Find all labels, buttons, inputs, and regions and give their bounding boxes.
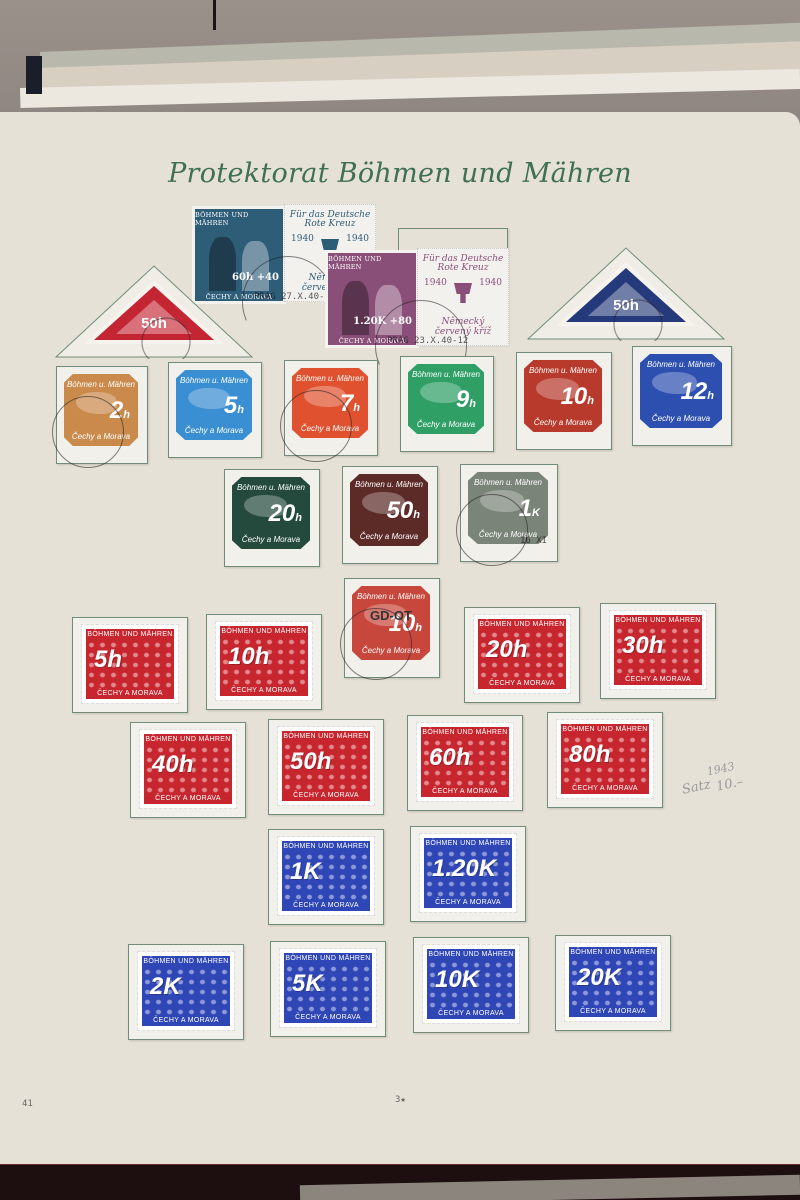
stamp-footer: Čechy a Morava xyxy=(362,646,420,655)
stamp-footer: Čechy a Morava xyxy=(534,418,592,427)
stamp-value: 1K xyxy=(290,860,321,884)
stamp-value: 40h xyxy=(152,753,193,777)
newspaper-stamp: Böhmen u. Mähren2hČechy a Morava xyxy=(64,374,138,446)
album-spine xyxy=(26,56,42,94)
stamp-footer: Čechy a Morava xyxy=(417,420,475,429)
stamp-value: 5h xyxy=(94,648,122,672)
stamp-footer: ČECHY A MORAVA xyxy=(86,688,174,699)
stamp-header: BÖHMEN UND MÄHREN xyxy=(195,209,283,227)
stamp-value: 10K xyxy=(435,968,479,992)
stamp-header: BÖHMEN UND MÄHREN xyxy=(142,956,230,967)
stamp-header: BÖHMEN UND MÄHREN xyxy=(220,626,308,637)
postage-due-stamp: BÖHMEN UND MÄHREN10hČECHY A MORAVA xyxy=(216,622,312,700)
stamp-unit: h xyxy=(415,622,422,634)
stamp-value: 2K xyxy=(150,975,181,999)
dove-icon xyxy=(76,392,117,414)
stamp-footer: Čechy a Morava xyxy=(360,532,418,541)
stamp-ornament: 40h xyxy=(144,745,232,793)
newspaper-stamp: Böhmen u. Mähren5hČechy a Morava xyxy=(176,370,252,440)
stamp-header: Böhmen u. Mähren xyxy=(474,478,542,487)
postage-due-stamp: BÖHMEN UND MÄHREN30hČECHY A MORAVA xyxy=(610,611,706,689)
stamp-ornament: 60h xyxy=(421,738,509,786)
stamp-header: BÖHMEN UND MÄHREN xyxy=(424,838,512,849)
stamp-footer: ČECHY A MORAVA xyxy=(282,900,370,911)
stamp-header: BÖHMEN UND MÄHREN xyxy=(614,615,702,626)
stamp-value: 1.20K xyxy=(432,857,496,881)
postage-due-stamp: BÖHMEN UND MÄHREN10KČECHY A MORAVA xyxy=(423,945,519,1023)
stamp-unit: h xyxy=(353,402,360,414)
stamp-ornament: 20K xyxy=(569,958,657,1006)
stamp-ornament: 20h xyxy=(478,630,566,678)
stamp-value: 60h xyxy=(429,746,470,770)
stamp-unit: h xyxy=(123,409,130,421)
stamp-footer: Čechy a Morava xyxy=(652,414,710,423)
newspaper-stamp: Böhmen u. Mähren7hČechy a Morava xyxy=(292,368,368,438)
dove-icon xyxy=(536,378,579,400)
stamp-footer: ČECHY A MORAVA xyxy=(427,1008,515,1019)
newspaper-stamp: Böhmen u. Mähren10hČechy a Morava xyxy=(524,360,602,432)
stamp-footer: ČECHY A MORAVA xyxy=(142,1015,230,1026)
stamp-header: BÖHMEN UND MÄHREN xyxy=(421,727,509,738)
triangle-stamp: 50h xyxy=(54,264,254,359)
stamp-value: 50h xyxy=(290,750,331,774)
stamp-header: Böhmen u. Mähren xyxy=(296,374,364,383)
stamp-header: BÖHMEN UND MÄHREN xyxy=(144,734,232,745)
newspaper-stamp: Böhmen u. Mähren50hČechy a Morava xyxy=(350,474,428,546)
dove-icon xyxy=(244,495,287,517)
label-text: Für das DeutscheRote Kreuz xyxy=(285,211,375,230)
stamp-header: Böhmen u. Mähren xyxy=(237,483,305,492)
postage-due-stamp: BÖHMEN UND MÄHREN5KČECHY A MORAVA xyxy=(280,949,376,1027)
stamp-footer: ČECHY A MORAVA xyxy=(561,783,649,794)
stamp-footer: ČECHY A MORAVA xyxy=(284,1012,372,1023)
dove-icon xyxy=(188,388,230,409)
label-text: Německýčervený kříž xyxy=(418,318,508,337)
stamp-footer: Čechy a Morava xyxy=(185,426,243,435)
stamp-header: BÖHMEN UND MÄHREN xyxy=(427,949,515,960)
postage-due-stamp: BÖHMEN UND MÄHREN20KČECHY A MORAVA xyxy=(565,943,661,1021)
stamp-header: Böhmen u. Mähren xyxy=(412,370,480,379)
stamp-header: Böhmen u. Mähren xyxy=(647,360,715,369)
stamp-header: BÖHMEN UND MÄHREN xyxy=(478,619,566,630)
stamp-footer: ČECHY A MORAVA xyxy=(144,793,232,804)
newspaper-stamp: Böhmen u. Mähren12hČechy a Morava xyxy=(640,354,722,428)
stamp-header: Böhmen u. Mähren xyxy=(67,380,135,389)
stamp-unit: K xyxy=(532,507,540,519)
postage-due-stamp: BÖHMEN UND MÄHREN80hČECHY A MORAVA xyxy=(557,720,653,798)
stamp-ornament: 1.20K xyxy=(424,849,512,897)
stamp-header: BÖHMEN UND MÄHREN xyxy=(282,841,370,852)
label-year: 1940 xyxy=(424,278,447,288)
figure-nurse xyxy=(375,285,402,335)
stamp-footer: ČECHY A MORAVA xyxy=(424,897,512,908)
stamp-header: BÖHMEN UND MÄHREN xyxy=(328,253,416,271)
stamp-unit: h xyxy=(587,395,594,407)
label-year: 1940 xyxy=(291,234,314,244)
postmark-text: PRAG 23.X.40-12 xyxy=(387,336,468,346)
stamp-value: 20K xyxy=(577,966,621,990)
stamp-ornament: 2K xyxy=(142,967,230,1015)
stamp-footer: ČECHY A MORAVA xyxy=(282,790,370,801)
stamp-header: Böhmen u. Mähren xyxy=(180,376,248,385)
stamp-header: BÖHMEN UND MÄHREN xyxy=(284,953,372,964)
eagle-emblem-icon xyxy=(454,283,472,303)
stamp-value: 30h xyxy=(622,634,663,658)
stamp-ornament: 1K xyxy=(282,852,370,900)
stamp-value: 1.20K +80 xyxy=(353,316,412,327)
stamp-ornament: 10h xyxy=(220,637,308,685)
stamp-header: Böhmen u. Mähren xyxy=(529,366,597,375)
postage-due-stamp: BÖHMEN UND MÄHREN50hČECHY A MORAVA xyxy=(278,727,374,805)
postage-due-stamp: BÖHMEN UND MÄHREN2KČECHY A MORAVA xyxy=(138,952,234,1030)
dove-icon xyxy=(480,490,524,512)
page-title: Protektorat Böhmen und Mähren xyxy=(0,158,800,189)
label-year: 1940 xyxy=(346,234,369,244)
stamp-footer: Čechy a Morava xyxy=(301,424,359,433)
postage-due-stamp: BÖHMEN UND MÄHREN40hČECHY A MORAVA xyxy=(140,730,236,808)
stamp-header: Böhmen u. Mähren xyxy=(355,480,423,489)
stamp-footer: Čechy a Morava xyxy=(72,432,130,441)
stamp-header: BÖHMEN UND MÄHREN xyxy=(569,947,657,958)
stamp-ornament: 5h xyxy=(86,640,174,688)
page-number-left: 41 xyxy=(22,1099,33,1109)
dove-icon xyxy=(362,492,405,514)
red-cross-label: Für das DeutscheRote Kreuz19401940Německ… xyxy=(417,248,509,346)
postmark-text: 16 XI xyxy=(520,536,547,546)
postage-due-stamp: BÖHMEN UND MÄHREN60hČECHY A MORAVA xyxy=(417,723,513,801)
stamp-footer: ČECHY A MORAVA xyxy=(478,678,566,689)
newspaper-stamp: Böhmen u. Mähren1KČechy a Morava xyxy=(468,472,548,544)
postage-due-stamp: BÖHMEN UND MÄHREN5hČECHY A MORAVA xyxy=(82,625,178,703)
stamp-unit: h xyxy=(295,512,302,524)
triangle-stamp: 50h xyxy=(526,246,726,341)
postage-due-stamp: BÖHMEN UND MÄHREN20hČECHY A MORAVA xyxy=(474,615,570,693)
postage-due-stamp: BÖHMEN UND MÄHREN1.20KČECHY A MORAVA xyxy=(420,834,516,912)
dove-icon xyxy=(304,386,346,407)
stamp-value: 20h xyxy=(486,638,527,662)
stamp-ornament: 30h xyxy=(614,626,702,674)
postmark-text: PRAG 27.X.40-12 xyxy=(254,292,335,302)
stamp-value: 10h xyxy=(228,645,269,669)
stamp-unit: h xyxy=(413,509,420,521)
newspaper-stamp: Böhmen u. Mähren10hČechy a MoravaGD-OT xyxy=(352,586,430,660)
dove-icon xyxy=(420,382,462,403)
stamp-header: BÖHMEN UND MÄHREN xyxy=(86,629,174,640)
stamp-ornament: 10K xyxy=(427,960,515,1008)
red-cross-stamp: BÖHMEN UND MÄHREN1.20K +80ČECHY A MORAVA xyxy=(325,250,419,348)
stamp-header: BÖHMEN UND MÄHREN xyxy=(561,724,649,735)
page-number-center: 3★ xyxy=(395,1095,406,1105)
stamp-header: Böhmen u. Mähren xyxy=(357,592,425,601)
stamp-footer: ČECHY A MORAVA xyxy=(220,685,308,696)
postage-due-stamp: BÖHMEN UND MÄHREN1KČECHY A MORAVA xyxy=(278,837,374,915)
stamp-footer: ČECHY A MORAVA xyxy=(569,1006,657,1017)
stamp-unit: h xyxy=(707,390,714,402)
stamp-unit: h xyxy=(469,398,476,410)
newspaper-stamp: Böhmen u. Mähren20hČechy a Morava xyxy=(232,477,310,549)
stamp-footer: ČECHY A MORAVA xyxy=(421,786,509,797)
stamp-header: BÖHMEN UND MÄHREN xyxy=(282,731,370,742)
label-text: Für das DeutscheRote Kreuz xyxy=(418,255,508,274)
stamp-ornament: 80h xyxy=(561,735,649,783)
label-year: 1940 xyxy=(479,278,502,288)
stamp-unit: h xyxy=(237,404,244,416)
overprint: GD-OT xyxy=(370,608,412,623)
stamp-footer: ČECHY A MORAVA xyxy=(614,674,702,685)
stamp-value: 5K xyxy=(292,972,323,996)
newspaper-stamp: Böhmen u. Mähren9hČechy a Morava xyxy=(408,364,484,434)
stamp-ornament: 50h xyxy=(282,742,370,790)
stamp-ornament: 5K xyxy=(284,964,372,1012)
stamp-footer: Čechy a Morava xyxy=(242,535,300,544)
table-seam xyxy=(213,0,216,30)
dove-icon xyxy=(652,372,697,394)
stamp-value: 80h xyxy=(569,743,610,767)
